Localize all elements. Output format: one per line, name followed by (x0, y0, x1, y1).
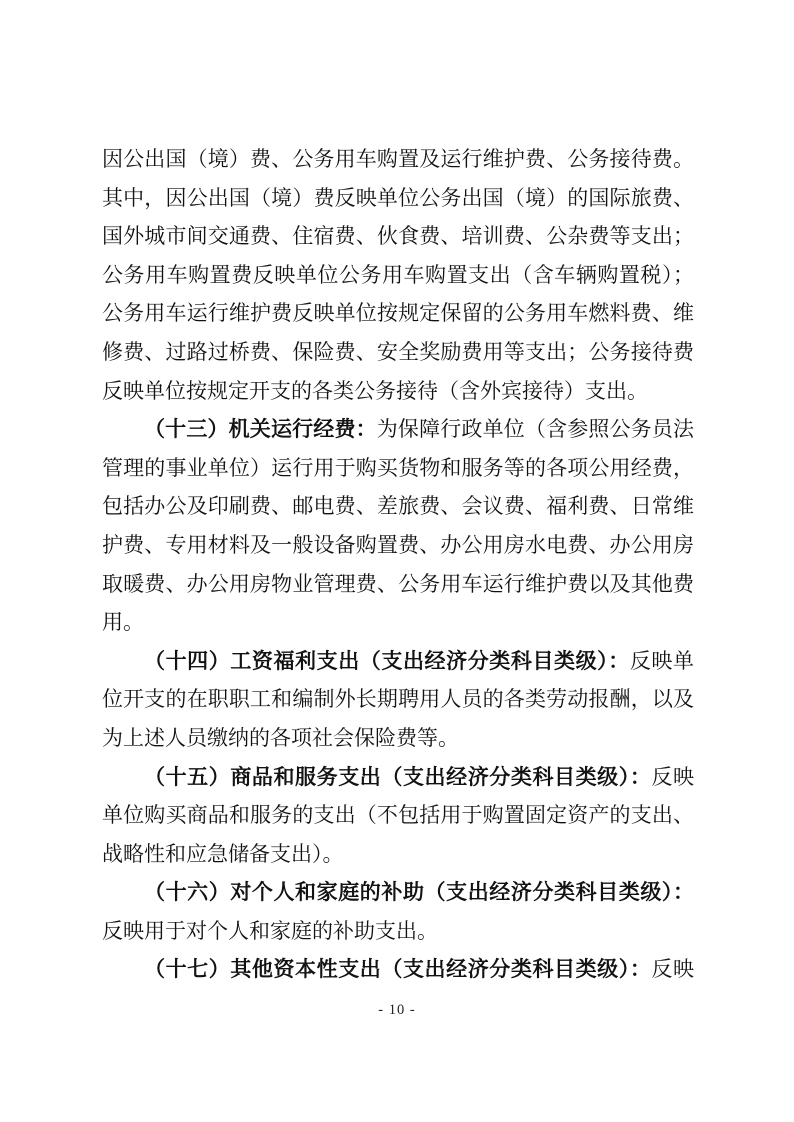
text-line: 用。 (102, 603, 694, 642)
text-line: 公务用车购置费反映单位公务用车购置支出（含车辆购置税）； (102, 256, 694, 295)
text-line: 包括办公及印刷费、邮电费、差旅费、会议费、福利费、日常维 (102, 487, 694, 526)
paragraph-item-16: （十六）对个人和家庭的补助（支出经济分类科目类级）： 反映用于对个人和家庭的补助… (102, 873, 694, 950)
text-line: 管理的事业单位）运行用于购买货物和服务等的各项公用经费， (102, 449, 694, 488)
paragraph-heading: （十三）机关运行经费： (144, 417, 377, 441)
text-line: 因公出国（境）费、公务用车购置及运行维护费、公务接待费。 (102, 140, 694, 179)
text-line: （十五）商品和服务支出（支出经济分类科目类级）：反映 (102, 758, 694, 797)
text-line: （十七）其他资本性支出（支出经济分类科目类级）：反映 (102, 950, 694, 989)
text-block: 因公出国（境）费、公务用车购置及运行维护费、公务接待费。 其中，因公出国（境）费… (102, 140, 694, 989)
paragraph-item-13: （十三）机关运行经费：为保障行政单位（含参照公务员法 管理的事业单位）运行用于购… (102, 410, 694, 642)
paragraph-item-17: （十七）其他资本性支出（支出经济分类科目类级）：反映 (102, 950, 694, 989)
text-line: 护费、专用材料及一般设备购置费、办公用房水电费、办公用房 (102, 526, 694, 565)
text-line: 反映单位按规定开支的各类公务接待（含外宾接待）支出。 (102, 372, 694, 411)
paragraph-heading: （十四）工资福利支出（支出经济分类科目类级）： (144, 649, 630, 673)
page-number: - 10 - (0, 1002, 794, 1019)
text-line: 位开支的在职职工和编制外长期聘用人员的各类劳动报酬，以及 (102, 680, 694, 719)
text-line: （十四）工资福利支出（支出经济分类科目类级）：反映单 (102, 642, 694, 681)
text-line: 其中，因公出国（境）费反映单位公务出国（境）的国际旅费、 (102, 179, 694, 218)
text-line: 国外城市间交通费、住宿费、伙食费、培训费、公杂费等支出； (102, 217, 694, 256)
document-page: 因公出国（境）费、公务用车购置及运行维护费、公务接待费。 其中，因公出国（境）费… (0, 0, 794, 1122)
text-line: 为上述人员缴纳的各项社会保险费等。 (102, 719, 694, 758)
text-line: 战略性和应急储备支出）。 (102, 835, 694, 874)
text-run: 反映 (651, 957, 694, 981)
text-run: 因公出国（境）费、公务用车购置及运行维护费、公务接待费。 (102, 147, 694, 171)
paragraph-heading: （十五）商品和服务支出（支出经济分类科目类级）： (144, 765, 651, 789)
text-line: 公务用车运行维护费反映单位按规定保留的公务用车燃料费、维 (102, 294, 694, 333)
text-line: （十六）对个人和家庭的补助（支出经济分类科目类级）： (102, 873, 694, 912)
paragraph-continuation: 因公出国（境）费、公务用车购置及运行维护费、公务接待费。 其中，因公出国（境）费… (102, 140, 694, 410)
paragraph-heading: （十七）其他资本性支出（支出经济分类科目类级）： (144, 957, 651, 981)
text-line: 修费、过路过桥费、保险费、安全奖励费用等支出；公务接待费 (102, 333, 694, 372)
text-run: 为保障行政单位（含参照公务员法 (377, 417, 694, 441)
text-run: 反映单 (630, 649, 694, 673)
text-line: （十三）机关运行经费：为保障行政单位（含参照公务员法 (102, 410, 694, 449)
text-run: 反映 (651, 765, 694, 789)
text-line: 反映用于对个人和家庭的补助支出。 (102, 912, 694, 951)
paragraph-heading: （十六）对个人和家庭的补助（支出经济分类科目类级）： (144, 880, 694, 904)
text-line: 单位购买商品和服务的支出（不包括用于购置固定资产的支出、 (102, 796, 694, 835)
paragraph-item-14: （十四）工资福利支出（支出经济分类科目类级）：反映单 位开支的在职职工和编制外长… (102, 642, 694, 758)
paragraph-item-15: （十五）商品和服务支出（支出经济分类科目类级）：反映 单位购买商品和服务的支出（… (102, 758, 694, 874)
text-line: 取暖费、办公用房物业管理费、公务用车运行维护费以及其他费 (102, 565, 694, 604)
